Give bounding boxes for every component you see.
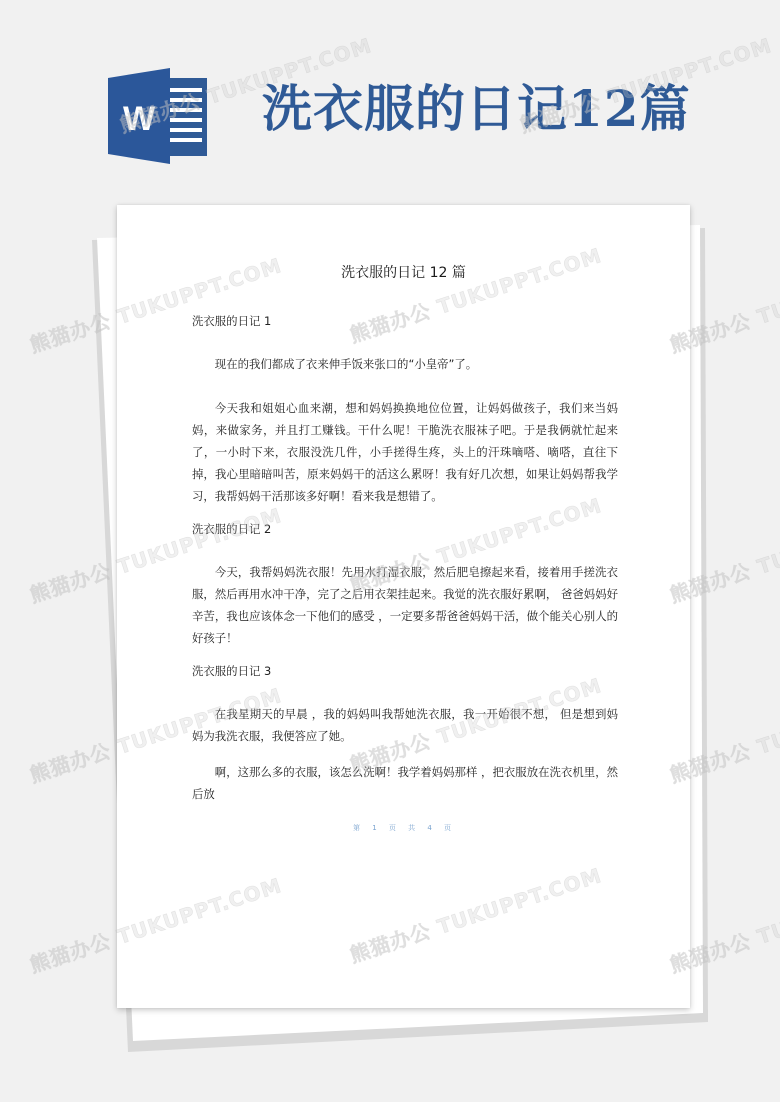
section-heading: 洗衣服的日记 2: [192, 519, 618, 539]
svg-text:W: W: [123, 100, 156, 138]
paragraph: 今天我和姐姐心血来潮，想和妈妈换换地位位置，让妈妈做孩子，我们来当妈妈，来做家务…: [192, 397, 618, 507]
paragraph: 今天，我帮妈妈洗衣服！先用水打湿衣服，然后肥皂擦起来看，接着用手搓洗衣服，然后再…: [192, 561, 618, 649]
page-number-footer: 第 1 页 共 4 页: [117, 823, 690, 833]
document-body: 洗衣服的日记 1 现在的我们都成了衣来伸手饭来张口的“小皇帝”了。 今天我和姐姐…: [192, 311, 618, 821]
paragraph: 在我星期天的早晨 ，我的妈妈叫我帮她洗衣服，我一开始很不想， 但是想到妈妈为我洗…: [192, 703, 618, 747]
word-document-icon: W: [108, 68, 208, 164]
section-heading: 洗衣服的日记 3: [192, 661, 618, 681]
paragraph: 现在的我们都成了衣来伸手饭来张口的“小皇帝”了。: [192, 353, 618, 375]
banner-title: 洗衣服的日记12篇: [262, 74, 691, 144]
document-title: 洗衣服的日记 12 篇: [117, 262, 690, 282]
section-2: 洗衣服的日记 2 今天，我帮妈妈洗衣服！先用水打湿衣服，然后肥皂擦起来看，接着用…: [192, 519, 618, 649]
section-3: 洗衣服的日记 3 在我星期天的早晨 ，我的妈妈叫我帮她洗衣服，我一开始很不想， …: [192, 661, 618, 805]
paragraph: 啊，这那么多的衣服，该怎么洗啊！我学着妈妈那样 ，把衣服放在洗衣机里，然后放: [192, 761, 618, 805]
document-page: 洗衣服的日记 12 篇 洗衣服的日记 1 现在的我们都成了衣来伸手饭来张口的“小…: [117, 205, 690, 1008]
section-1: 洗衣服的日记 1 现在的我们都成了衣来伸手饭来张口的“小皇帝”了。 今天我和姐姐…: [192, 311, 618, 507]
section-heading: 洗衣服的日记 1: [192, 311, 618, 331]
banner: W 洗衣服的日记12篇: [0, 0, 780, 200]
